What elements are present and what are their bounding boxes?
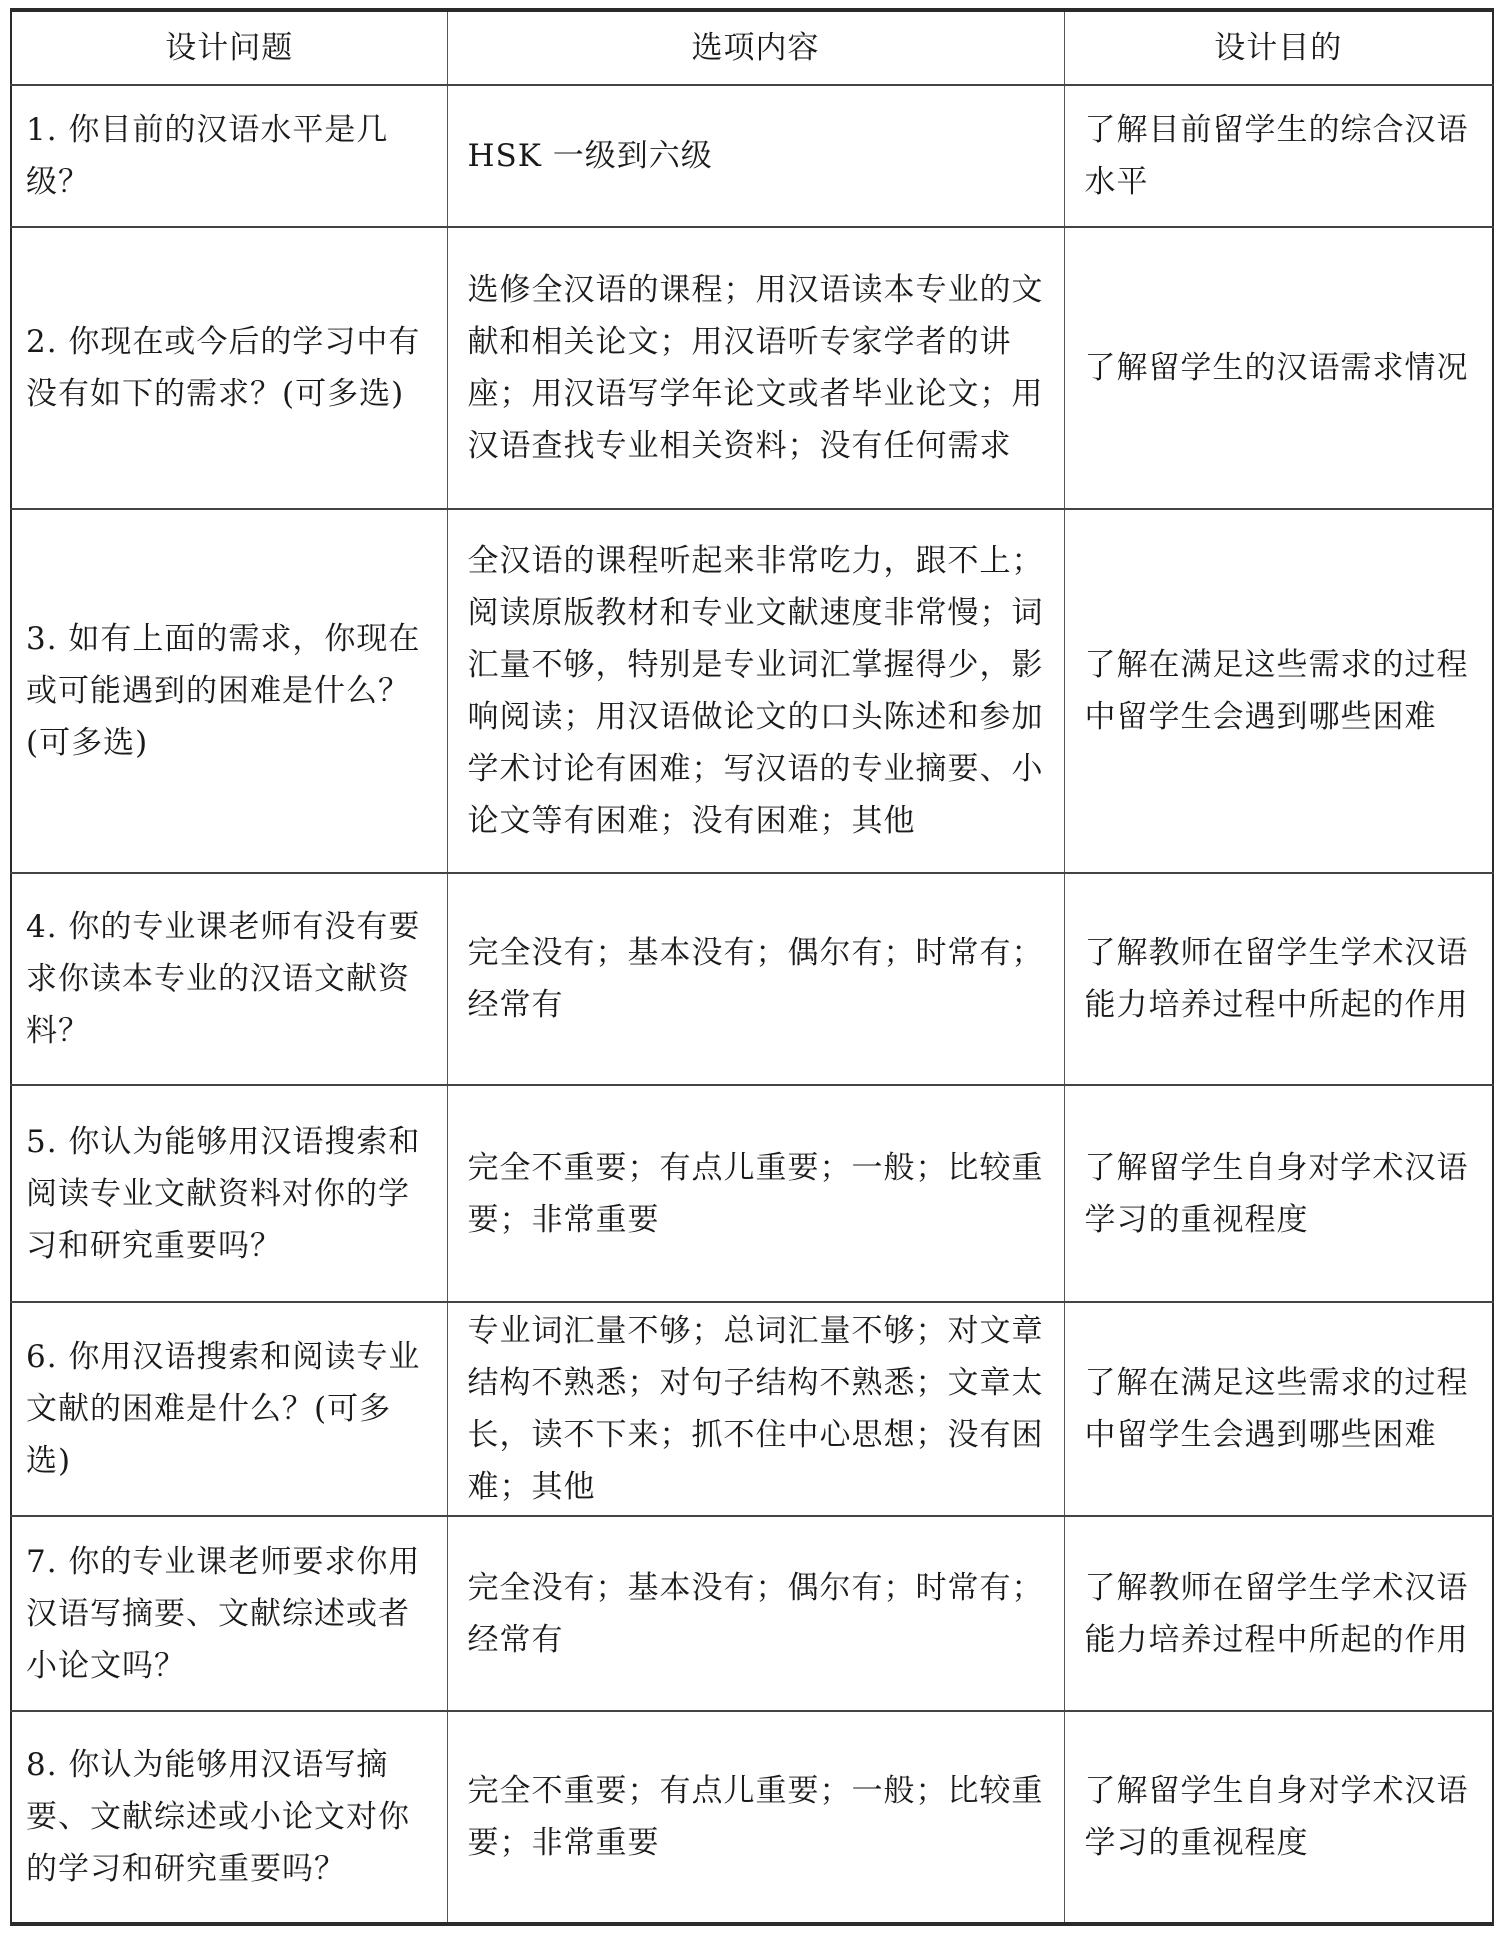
options-cell: 专业词汇量不够；总词汇量不够；对文章结构不熟悉；对句子结构不熟悉；文章太长，读不… [447,1302,1064,1516]
options-cell: 完全不重要；有点儿重要；一般；比较重要；非常重要 [447,1711,1064,1924]
table-row: 1. 你目前的汉语水平是几级？ HSK 一级到六级 了解目前留学生的综合汉语水平 [11,85,1493,227]
options-cell: 完全不重要；有点儿重要；一般；比较重要；非常重要 [447,1085,1064,1302]
purpose-cell: 了解留学生自身对学术汉语学习的重视程度 [1064,1711,1493,1924]
options-cell: HSK 一级到六级 [447,85,1064,227]
question-cell: 7. 你的专业课老师要求你用汉语写摘要、文献综述或者小论文吗？ [11,1516,447,1711]
question-cell: 6. 你用汉语搜索和阅读专业文献的困难是什么？(可多选) [11,1302,447,1516]
question-cell: 5. 你认为能够用汉语搜索和阅读专业文献资料对你的学习和研究重要吗？ [11,1085,447,1302]
table-row: 7. 你的专业课老师要求你用汉语写摘要、文献综述或者小论文吗？ 完全没有；基本没… [11,1516,1493,1711]
purpose-cell: 了解目前留学生的综合汉语水平 [1064,85,1493,227]
table-row: 2. 你现在或今后的学习中有没有如下的需求？(可多选) 选修全汉语的课程；用汉语… [11,227,1493,509]
table-row: 4. 你的专业课老师有没有要求你读本专业的汉语文献资料？ 完全没有；基本没有；偶… [11,873,1493,1085]
purpose-cell: 了解在满足这些需求的过程中留学生会遇到哪些困难 [1064,1302,1493,1516]
header-design-purpose: 设计目的 [1064,10,1493,85]
survey-design-table: 设计问题 选项内容 设计目的 1. 你目前的汉语水平是几级？ HSK 一级到六级… [10,8,1494,1926]
table-header-row: 设计问题 选项内容 设计目的 [11,10,1493,85]
table-row: 3. 如有上面的需求，你现在或可能遇到的困难是什么？(可多选) 全汉语的课程听起… [11,509,1493,873]
options-cell: 选修全汉语的课程；用汉语读本专业的文献和相关论文；用汉语听专家学者的讲座；用汉语… [447,227,1064,509]
question-cell: 4. 你的专业课老师有没有要求你读本专业的汉语文献资料？ [11,873,447,1085]
purpose-cell: 了解教师在留学生学术汉语能力培养过程中所起的作用 [1064,1516,1493,1711]
purpose-cell: 了解教师在留学生学术汉语能力培养过程中所起的作用 [1064,873,1493,1085]
options-cell: 完全没有；基本没有；偶尔有；时常有；经常有 [447,873,1064,1085]
header-design-question: 设计问题 [11,10,447,85]
question-cell: 3. 如有上面的需求，你现在或可能遇到的困难是什么？(可多选) [11,509,447,873]
question-cell: 2. 你现在或今后的学习中有没有如下的需求？(可多选) [11,227,447,509]
purpose-cell: 了解留学生自身对学术汉语学习的重视程度 [1064,1085,1493,1302]
options-cell: 完全没有；基本没有；偶尔有；时常有；经常有 [447,1516,1064,1711]
survey-design-table-container: 设计问题 选项内容 设计目的 1. 你目前的汉语水平是几级？ HSK 一级到六级… [10,8,1492,1926]
purpose-cell: 了解在满足这些需求的过程中留学生会遇到哪些困难 [1064,509,1493,873]
question-cell: 1. 你目前的汉语水平是几级？ [11,85,447,227]
options-cell: 全汉语的课程听起来非常吃力，跟不上；阅读原版教材和专业文献速度非常慢；词汇量不够… [447,509,1064,873]
purpose-cell: 了解留学生的汉语需求情况 [1064,227,1493,509]
header-option-content: 选项内容 [447,10,1064,85]
table-row: 8. 你认为能够用汉语写摘要、文献综述或小论文对你的学习和研究重要吗？ 完全不重… [11,1711,1493,1924]
question-cell: 8. 你认为能够用汉语写摘要、文献综述或小论文对你的学习和研究重要吗？ [11,1711,447,1924]
table-row: 6. 你用汉语搜索和阅读专业文献的困难是什么？(可多选) 专业词汇量不够；总词汇… [11,1302,1493,1516]
table-row: 5. 你认为能够用汉语搜索和阅读专业文献资料对你的学习和研究重要吗？ 完全不重要… [11,1085,1493,1302]
